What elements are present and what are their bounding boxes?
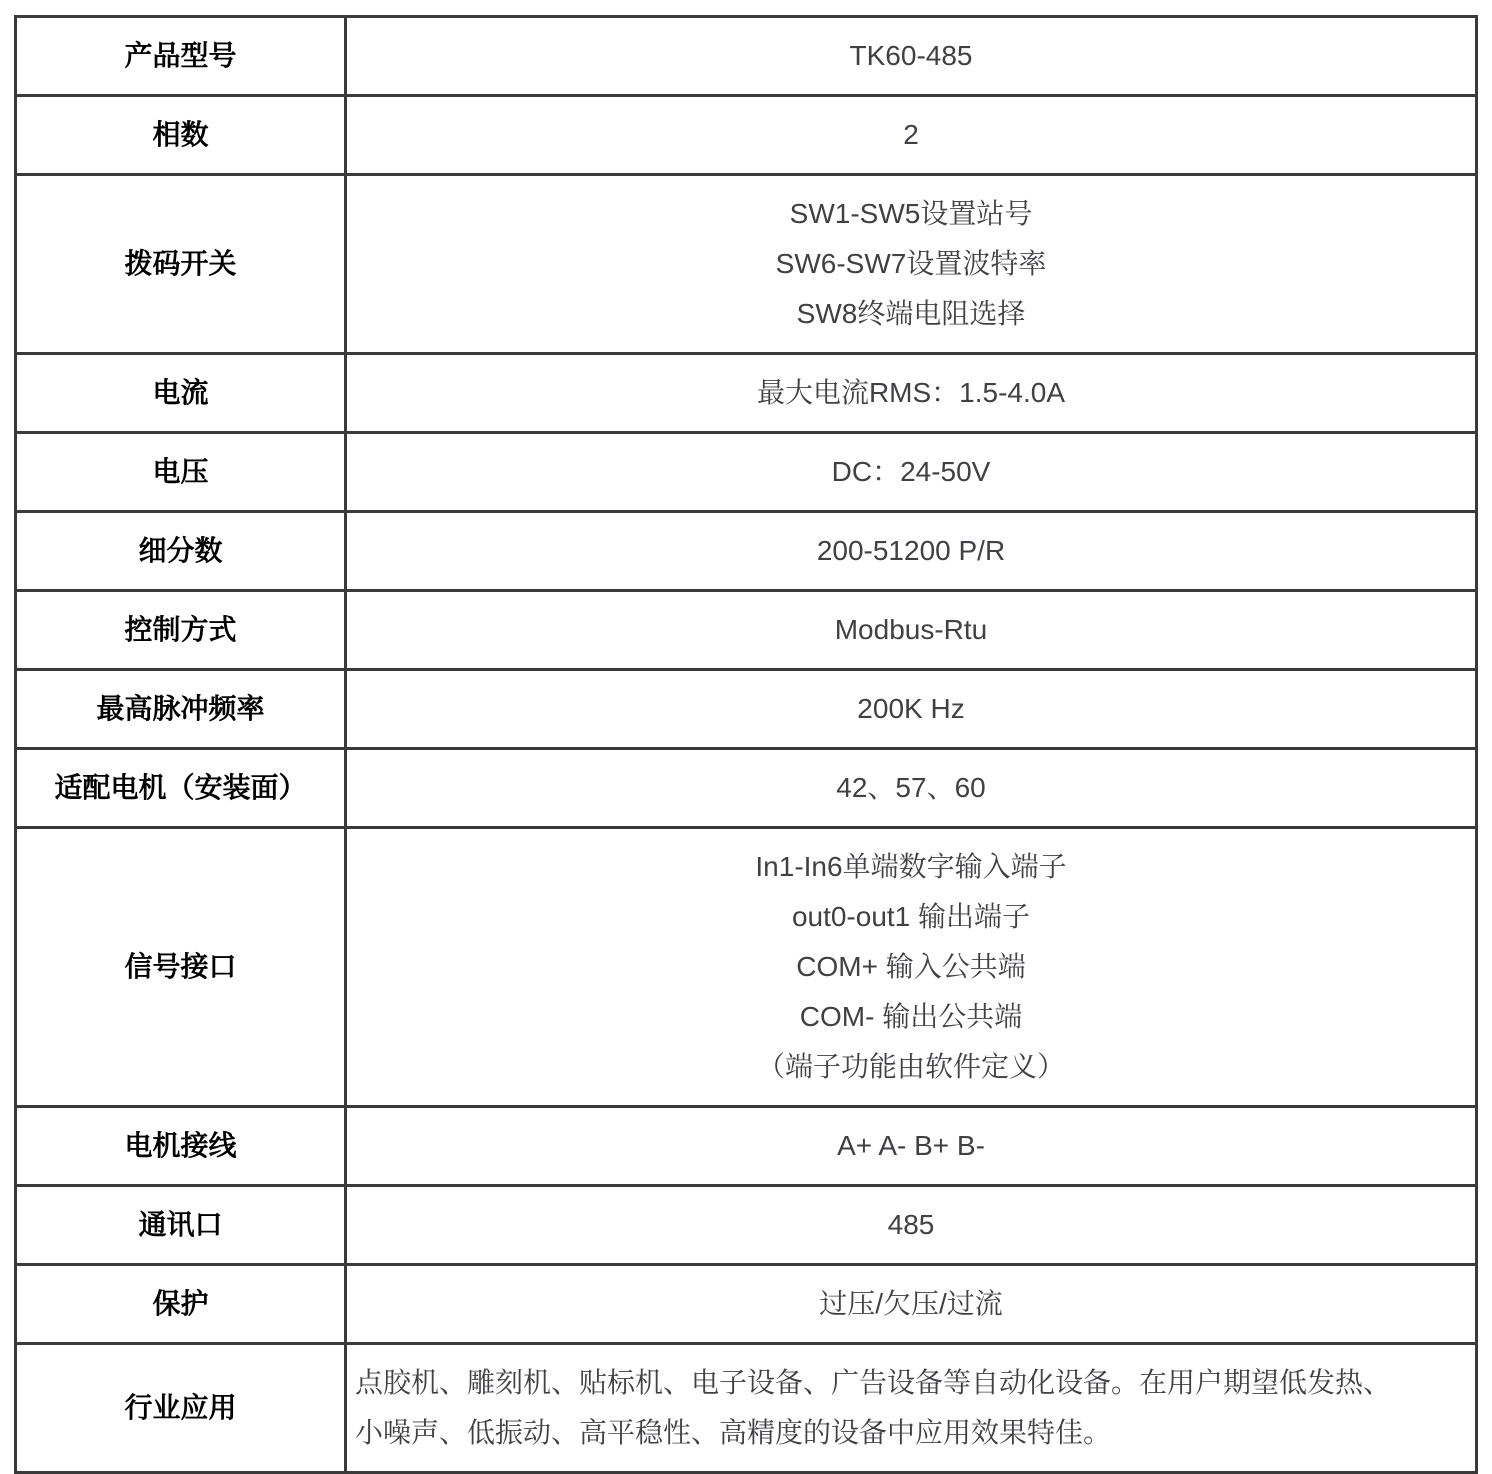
row-label: 电压 bbox=[16, 433, 346, 512]
row-value: 485 bbox=[346, 1186, 1477, 1265]
value-line: DC：24-50V bbox=[357, 447, 1465, 497]
value-line: 过压/欠压/过流 bbox=[357, 1279, 1465, 1329]
table-row: 相数2 bbox=[16, 96, 1477, 175]
product-spec-table: 产品型号TK60-485相数2拨码开关SW1-SW5设置站号SW6-SW7设置波… bbox=[14, 15, 1478, 1474]
value-line: 200-51200 P/R bbox=[357, 526, 1465, 576]
table-row: 产品型号TK60-485 bbox=[16, 17, 1477, 96]
value-line: 最大电流RMS：1.5-4.0A bbox=[357, 368, 1465, 418]
value-line: （端子功能由软件定义） bbox=[357, 1042, 1465, 1092]
table-row: 拨码开关SW1-SW5设置站号SW6-SW7设置波特率SW8终端电阻选择 bbox=[16, 175, 1477, 354]
row-label: 信号接口 bbox=[16, 828, 346, 1107]
row-label: 通讯口 bbox=[16, 1186, 346, 1265]
table-row: 信号接口In1-In6单端数字输入端子out0-out1 输出端子COM+ 输入… bbox=[16, 828, 1477, 1107]
row-value: 42、57、60 bbox=[346, 749, 1477, 828]
row-label: 细分数 bbox=[16, 512, 346, 591]
value-line: 点胶机、雕刻机、贴标机、电子设备、广告设备等自动化设备。在用户期望低发热、 bbox=[355, 1358, 1459, 1408]
value-line: TK60-485 bbox=[357, 31, 1465, 81]
table-row: 电压DC：24-50V bbox=[16, 433, 1477, 512]
row-value: 过压/欠压/过流 bbox=[346, 1265, 1477, 1344]
spec-table-body: 产品型号TK60-485相数2拨码开关SW1-SW5设置站号SW6-SW7设置波… bbox=[16, 17, 1477, 1473]
value-line: SW8终端电阻选择 bbox=[357, 289, 1465, 339]
value-line: 200K Hz bbox=[357, 684, 1465, 734]
value-line: SW6-SW7设置波特率 bbox=[357, 239, 1465, 289]
row-label: 行业应用 bbox=[16, 1344, 346, 1473]
row-value: In1-In6单端数字输入端子out0-out1 输出端子COM+ 输入公共端C… bbox=[346, 828, 1477, 1107]
row-value: 200-51200 P/R bbox=[346, 512, 1477, 591]
value-line: SW1-SW5设置站号 bbox=[357, 189, 1465, 239]
table-row: 适配电机（安装面）42、57、60 bbox=[16, 749, 1477, 828]
row-label: 产品型号 bbox=[16, 17, 346, 96]
row-value: 点胶机、雕刻机、贴标机、电子设备、广告设备等自动化设备。在用户期望低发热、小噪声… bbox=[346, 1344, 1477, 1473]
table-row: 保护过压/欠压/过流 bbox=[16, 1265, 1477, 1344]
row-label: 保护 bbox=[16, 1265, 346, 1344]
row-label: 控制方式 bbox=[16, 591, 346, 670]
row-value: SW1-SW5设置站号SW6-SW7设置波特率SW8终端电阻选择 bbox=[346, 175, 1477, 354]
row-label: 拨码开关 bbox=[16, 175, 346, 354]
table-row: 细分数200-51200 P/R bbox=[16, 512, 1477, 591]
value-line: 42、57、60 bbox=[357, 763, 1465, 813]
table-row: 控制方式Modbus-Rtu bbox=[16, 591, 1477, 670]
row-value: 2 bbox=[346, 96, 1477, 175]
value-line: 2 bbox=[357, 110, 1465, 160]
value-line: 小噪声、低振动、高平稳性、高精度的设备中应用效果特佳。 bbox=[355, 1408, 1459, 1458]
row-label: 电流 bbox=[16, 354, 346, 433]
table-row: 最高脉冲频率200K Hz bbox=[16, 670, 1477, 749]
value-line: A+ A- B+ B- bbox=[357, 1121, 1465, 1171]
row-value: TK60-485 bbox=[346, 17, 1477, 96]
table-row: 通讯口485 bbox=[16, 1186, 1477, 1265]
table-row: 电机接线A+ A- B+ B- bbox=[16, 1107, 1477, 1186]
page: 产品型号TK60-485相数2拨码开关SW1-SW5设置站号SW6-SW7设置波… bbox=[0, 0, 1492, 1456]
value-line: In1-In6单端数字输入端子 bbox=[357, 842, 1465, 892]
value-line: Modbus-Rtu bbox=[357, 605, 1465, 655]
row-value: 最大电流RMS：1.5-4.0A bbox=[346, 354, 1477, 433]
value-line: COM- 输出公共端 bbox=[357, 992, 1465, 1042]
row-label: 电机接线 bbox=[16, 1107, 346, 1186]
table-row: 电流最大电流RMS：1.5-4.0A bbox=[16, 354, 1477, 433]
row-value: A+ A- B+ B- bbox=[346, 1107, 1477, 1186]
value-line: 485 bbox=[357, 1200, 1465, 1250]
value-line: COM+ 输入公共端 bbox=[357, 942, 1465, 992]
row-value: 200K Hz bbox=[346, 670, 1477, 749]
row-label: 相数 bbox=[16, 96, 346, 175]
value-line: out0-out1 输出端子 bbox=[357, 892, 1465, 942]
row-label: 适配电机（安装面） bbox=[16, 749, 346, 828]
row-value: Modbus-Rtu bbox=[346, 591, 1477, 670]
table-row: 行业应用点胶机、雕刻机、贴标机、电子设备、广告设备等自动化设备。在用户期望低发热… bbox=[16, 1344, 1477, 1473]
row-value: DC：24-50V bbox=[346, 433, 1477, 512]
row-label: 最高脉冲频率 bbox=[16, 670, 346, 749]
